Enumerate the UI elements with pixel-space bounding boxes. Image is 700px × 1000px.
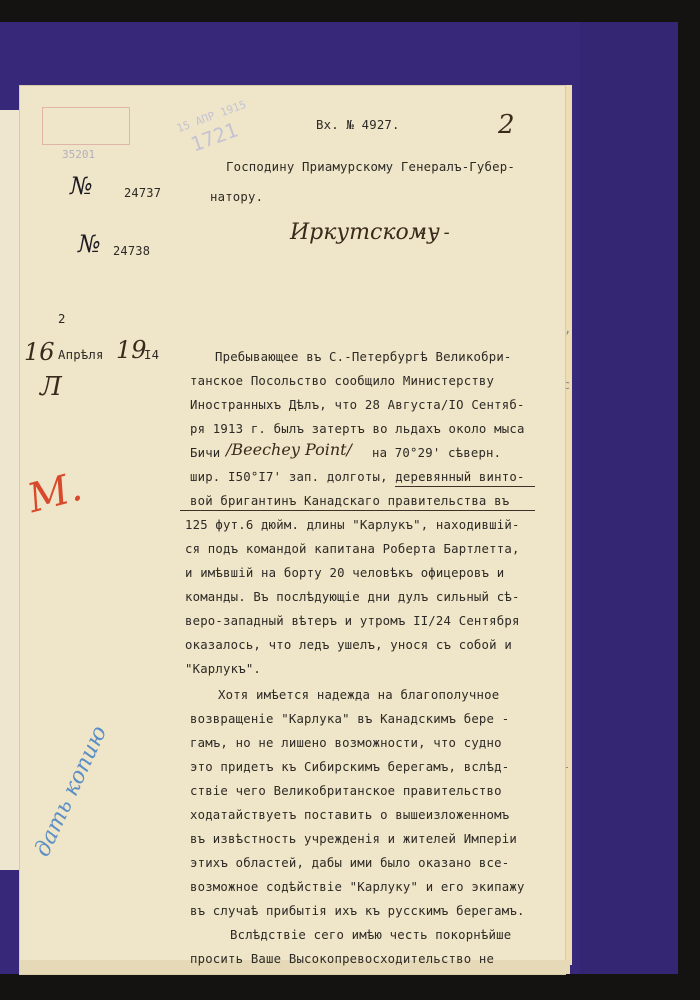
handwritten-irkutsk: Иркутскому — [290, 220, 440, 245]
body-line: вой бригантинъ Канадскаго правительства … — [190, 494, 509, 508]
handwritten-beechey-point: /Beechey Point/ — [226, 440, 352, 459]
date-year-typed: I4 — [144, 348, 159, 362]
body-line: ся подъ командой капитана Роберта Бартле… — [185, 542, 520, 556]
body-line: "Карлукъ". — [185, 662, 261, 676]
left-binding-strip — [0, 110, 22, 870]
underline — [180, 510, 535, 511]
date-month: Апрѣля — [58, 348, 104, 362]
number-sign-mark: № — [70, 172, 93, 200]
handwritten-initial: Л — [40, 372, 62, 402]
body-line: Хотя имѣется надежда на благополучное — [218, 688, 499, 702]
body-line: въ извѣстность учрежденiя и жителей Импе… — [190, 832, 517, 846]
body-line: 125 фут.6 дюйм. длины "Карлукъ", находив… — [185, 518, 520, 532]
body-line: Вслѣдствiе сего имѣю честь покорнѣйше — [230, 928, 511, 942]
body-line: просить Ваше Высокопревосходительство не — [190, 952, 494, 966]
date-day: 16 — [24, 338, 55, 366]
body-line: Бичи — [190, 446, 220, 460]
body-line: этихъ областей, дабы ими было оказано вс… — [190, 856, 509, 870]
body-line: возвращенiе "Карлука" въ Канадскимъ бере… — [190, 712, 509, 726]
body-line: ствiе чего Великобританское правительств… — [190, 784, 502, 798]
coordinates: на 70°29' сѣверн. — [372, 446, 501, 460]
handwritten-dash: - - - — [420, 222, 450, 243]
body-line: въ случаѣ прибытiя ихъ къ русскимъ берег… — [190, 904, 525, 918]
page-number: 2 — [498, 110, 515, 140]
addressee-line-1: Господину Приамурскому Генералъ-Губер- — [226, 160, 515, 174]
body-line: возможное содѣйствiе "Карлуку" и его эки… — [190, 880, 525, 894]
body-line: гамъ, но не лишено возможности, что судн… — [190, 736, 502, 750]
body-line: оказалось, что ледъ ушелъ, унося съ собо… — [185, 638, 512, 652]
body-line: и имѣвшiй на борту 20 человѣкъ офицеровъ… — [185, 566, 504, 580]
date-prefix: 2 — [58, 312, 66, 326]
addressee-line-2: натору. — [210, 190, 263, 204]
body-line: ходатайствуетъ поставить о вышеизложенно… — [190, 808, 509, 822]
body-line: шир. I50°I7' зап. долготы, деревянный ви… — [190, 470, 525, 484]
date-year-handwritten: 19 — [116, 336, 147, 364]
body-line: команды. Въ послѣдующiе дни дулъ сильный… — [185, 590, 520, 604]
ref-number: 24738 — [113, 244, 150, 258]
body-line: это придетъ къ Сибирскимъ берегамъ, вслѣ… — [190, 760, 509, 774]
body-line: ря 1913 г. былъ затертъ во льдахъ около … — [190, 422, 525, 436]
stamp-number: 35201 — [62, 148, 95, 161]
number-sign-mark: № — [78, 230, 101, 258]
red-stamp-box — [42, 107, 130, 145]
underline — [395, 486, 535, 487]
ref-number: 24737 — [124, 186, 161, 200]
body-line: Пребывающее въ С.-Петербургѣ Великобри- — [215, 350, 512, 364]
purple-backing-shade — [580, 22, 678, 974]
body-line: танское Посольство сообщило Министерству — [190, 374, 494, 388]
incoming-number: Вх. № 4927. — [316, 118, 400, 132]
body-line: Иностранныхъ Дѣлъ, что 28 Августа/IO Сен… — [190, 398, 525, 412]
body-line: веро-западный вѣтеръ и утромъ II/24 Сент… — [185, 614, 520, 628]
